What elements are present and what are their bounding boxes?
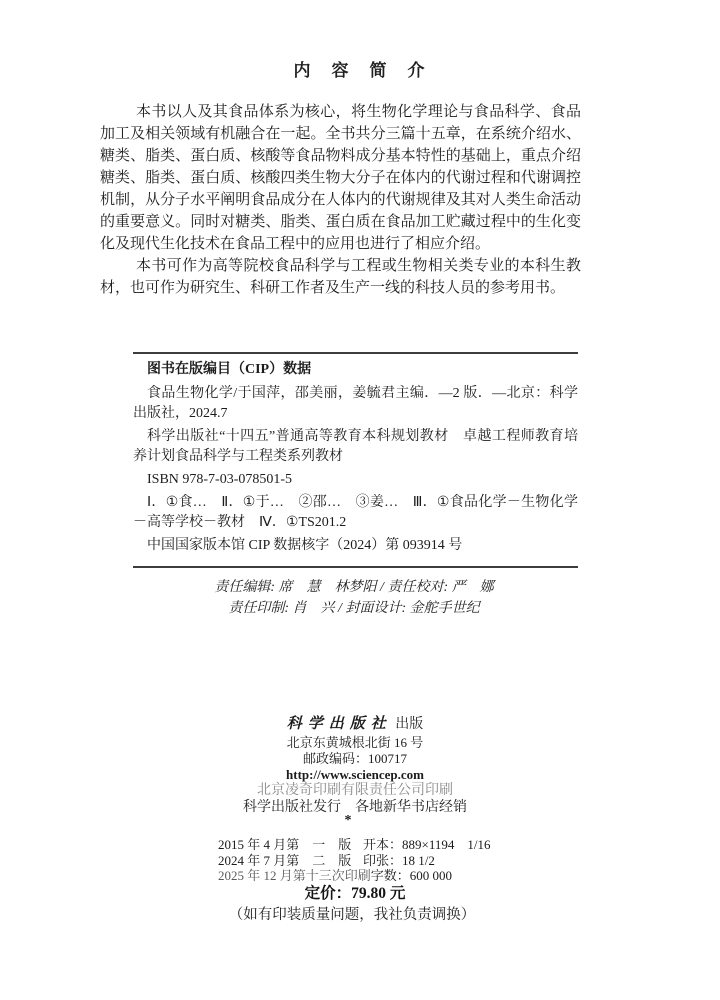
edition-date: 2015 年 4 月第 一 版	[218, 837, 363, 852]
staff-print-line: 责任印制: 肖 兴 / 封面设计: 金舵手世纪	[0, 598, 708, 619]
intro-paragraph: 本书以人及其食品体系为核心，将生物化学理论与食品科学、食品加工及相关领域有机融合…	[100, 101, 581, 255]
staff-credits: 责任编辑: 席 慧 林梦阳 / 责任校对: 严 娜 责任印制: 肖 兴 / 封面…	[0, 577, 708, 619]
cip-entry-isbn: ISBN 978-7-03-078501-5	[133, 470, 578, 490]
publisher-postcode: 邮政编码：100717	[0, 751, 710, 767]
edition-format: 开本：889×1194 1/16	[363, 837, 490, 852]
cip-entry-classification: Ⅰ．①食… Ⅱ．①于… ②邵… ③姜… Ⅲ．①食品化学－生物化学－高等学校－教材…	[133, 493, 578, 533]
price-line: 定价：79.80 元	[0, 881, 710, 903]
cip-header: 图书在版编目（CIP）数据	[133, 360, 578, 380]
cip-data-box: 图书在版编目（CIP）数据 食品生物化学/于国萍，邵美丽，姜毓君主编．—2 版．…	[133, 352, 578, 568]
publisher-address: 北京东黄城根北街 16 号	[0, 735, 710, 751]
copyright-page: 内 容 简 介 本书以人及其食品体系为核心，将生物化学理论与食品科学、食品加工及…	[0, 0, 720, 1000]
publisher-block: 科学出版社 出版 北京东黄城根北街 16 号 邮政编码：100717 http:…	[0, 714, 710, 816]
cip-entry-title: 食品生物化学/于国萍，邵美丽，姜毓君主编．—2 版．—北京：科学出版社，2024…	[133, 384, 578, 424]
page-title: 内 容 简 介	[0, 56, 720, 81]
quality-note: （如有印装质量问题，我社负责调换）	[0, 903, 704, 924]
edition-info: 2015 年 4 月第 一 版 开本：889×1194 1/16 2024 年 …	[218, 837, 490, 884]
publisher-logo-suffix: 出版	[392, 717, 424, 732]
edition-date: 2024 年 7 月第 二 版	[218, 853, 363, 868]
publisher-website: http://www.sciencep.com	[0, 767, 710, 783]
staff-editors-line: 责任编辑: 席 慧 林梦阳 / 责任校对: 严 娜	[0, 577, 708, 598]
separator-star: *	[0, 813, 696, 829]
cip-entry-registry-number: 中国国家版本馆 CIP 数据核字（2024）第 093914 号	[133, 536, 578, 556]
cip-entry-series: 科学出版社“十四五”普通高等教育本科规划教材 卓越工程师教育培养计划食品科学与工…	[133, 427, 578, 467]
publisher-logo-line: 科学出版社 出版	[0, 714, 710, 735]
printer-line: 北京凌奇印刷有限责任公司印刷	[0, 783, 710, 799]
intro-paragraph: 本书可作为高等院校食品科学与工程或生物相关类专业的本科生教材，也可作为研究生、科…	[100, 255, 581, 299]
edition-row: 2015 年 4 月第 一 版 开本：889×1194 1/16	[218, 837, 490, 852]
edition-row: 2024 年 7 月第 二 版 印张：18 1/2	[218, 853, 490, 868]
intro-section: 本书以人及其食品体系为核心，将生物化学理论与食品科学、食品加工及相关领域有机融合…	[100, 101, 581, 299]
edition-sheets: 印张：18 1/2	[363, 853, 435, 868]
publisher-logo: 科学出版社	[287, 716, 392, 732]
